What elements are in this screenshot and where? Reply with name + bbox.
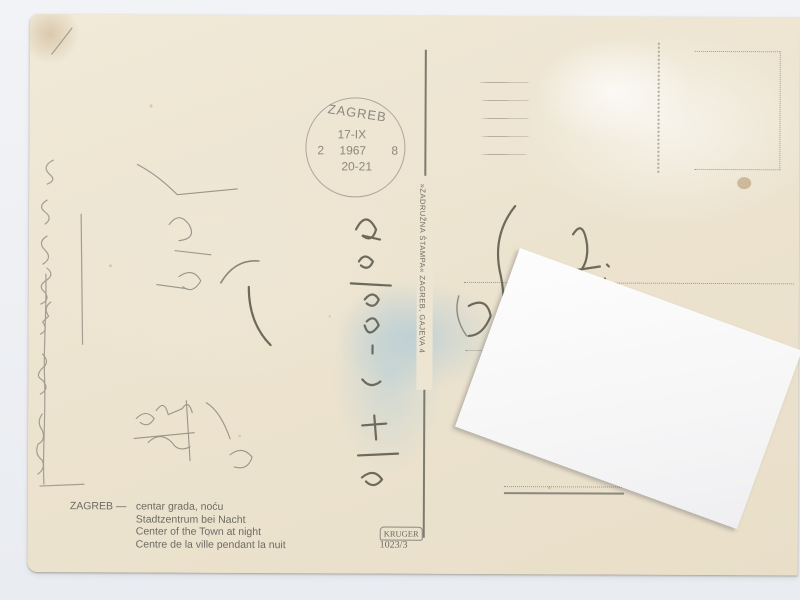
postmark-right-digit: 8: [391, 144, 398, 158]
caption-croatian: centar grada, noću: [136, 500, 286, 513]
postmark-year: 1967: [339, 143, 366, 157]
caption-translations: centar grada, noću Stadtzentrum bei Nach…: [136, 500, 286, 551]
print-code: 1023/3: [380, 540, 408, 551]
postmark-date: 17-IX: [337, 127, 366, 141]
postmark: ZAGREB 17-IX 2 1967 8 20-21: [297, 93, 415, 194]
paper-stain: [737, 177, 751, 189]
stamp-placeholder-box: [694, 51, 781, 170]
caption-german: Stadtzentrum bei Nacht: [136, 513, 286, 526]
removed-stamp-residue: [539, 40, 689, 141]
postmark-time: 20-21: [341, 159, 372, 173]
publisher-vertical-text: »ZADRUŽNA ŠTAMPA« ZAGREB, GAJEVA 4: [418, 184, 428, 354]
paper-speck: [150, 105, 153, 108]
caption-title: ZAGREB —: [70, 500, 127, 513]
paper-speck: [109, 264, 112, 267]
postmark-left-digit: 2: [317, 143, 324, 157]
caption-english: Center of the Town at night: [136, 525, 286, 538]
caption-french: Centre de la ville pendant la nuit: [136, 538, 286, 551]
paper-speck: [238, 435, 241, 437]
paper-speck: [329, 315, 331, 317]
